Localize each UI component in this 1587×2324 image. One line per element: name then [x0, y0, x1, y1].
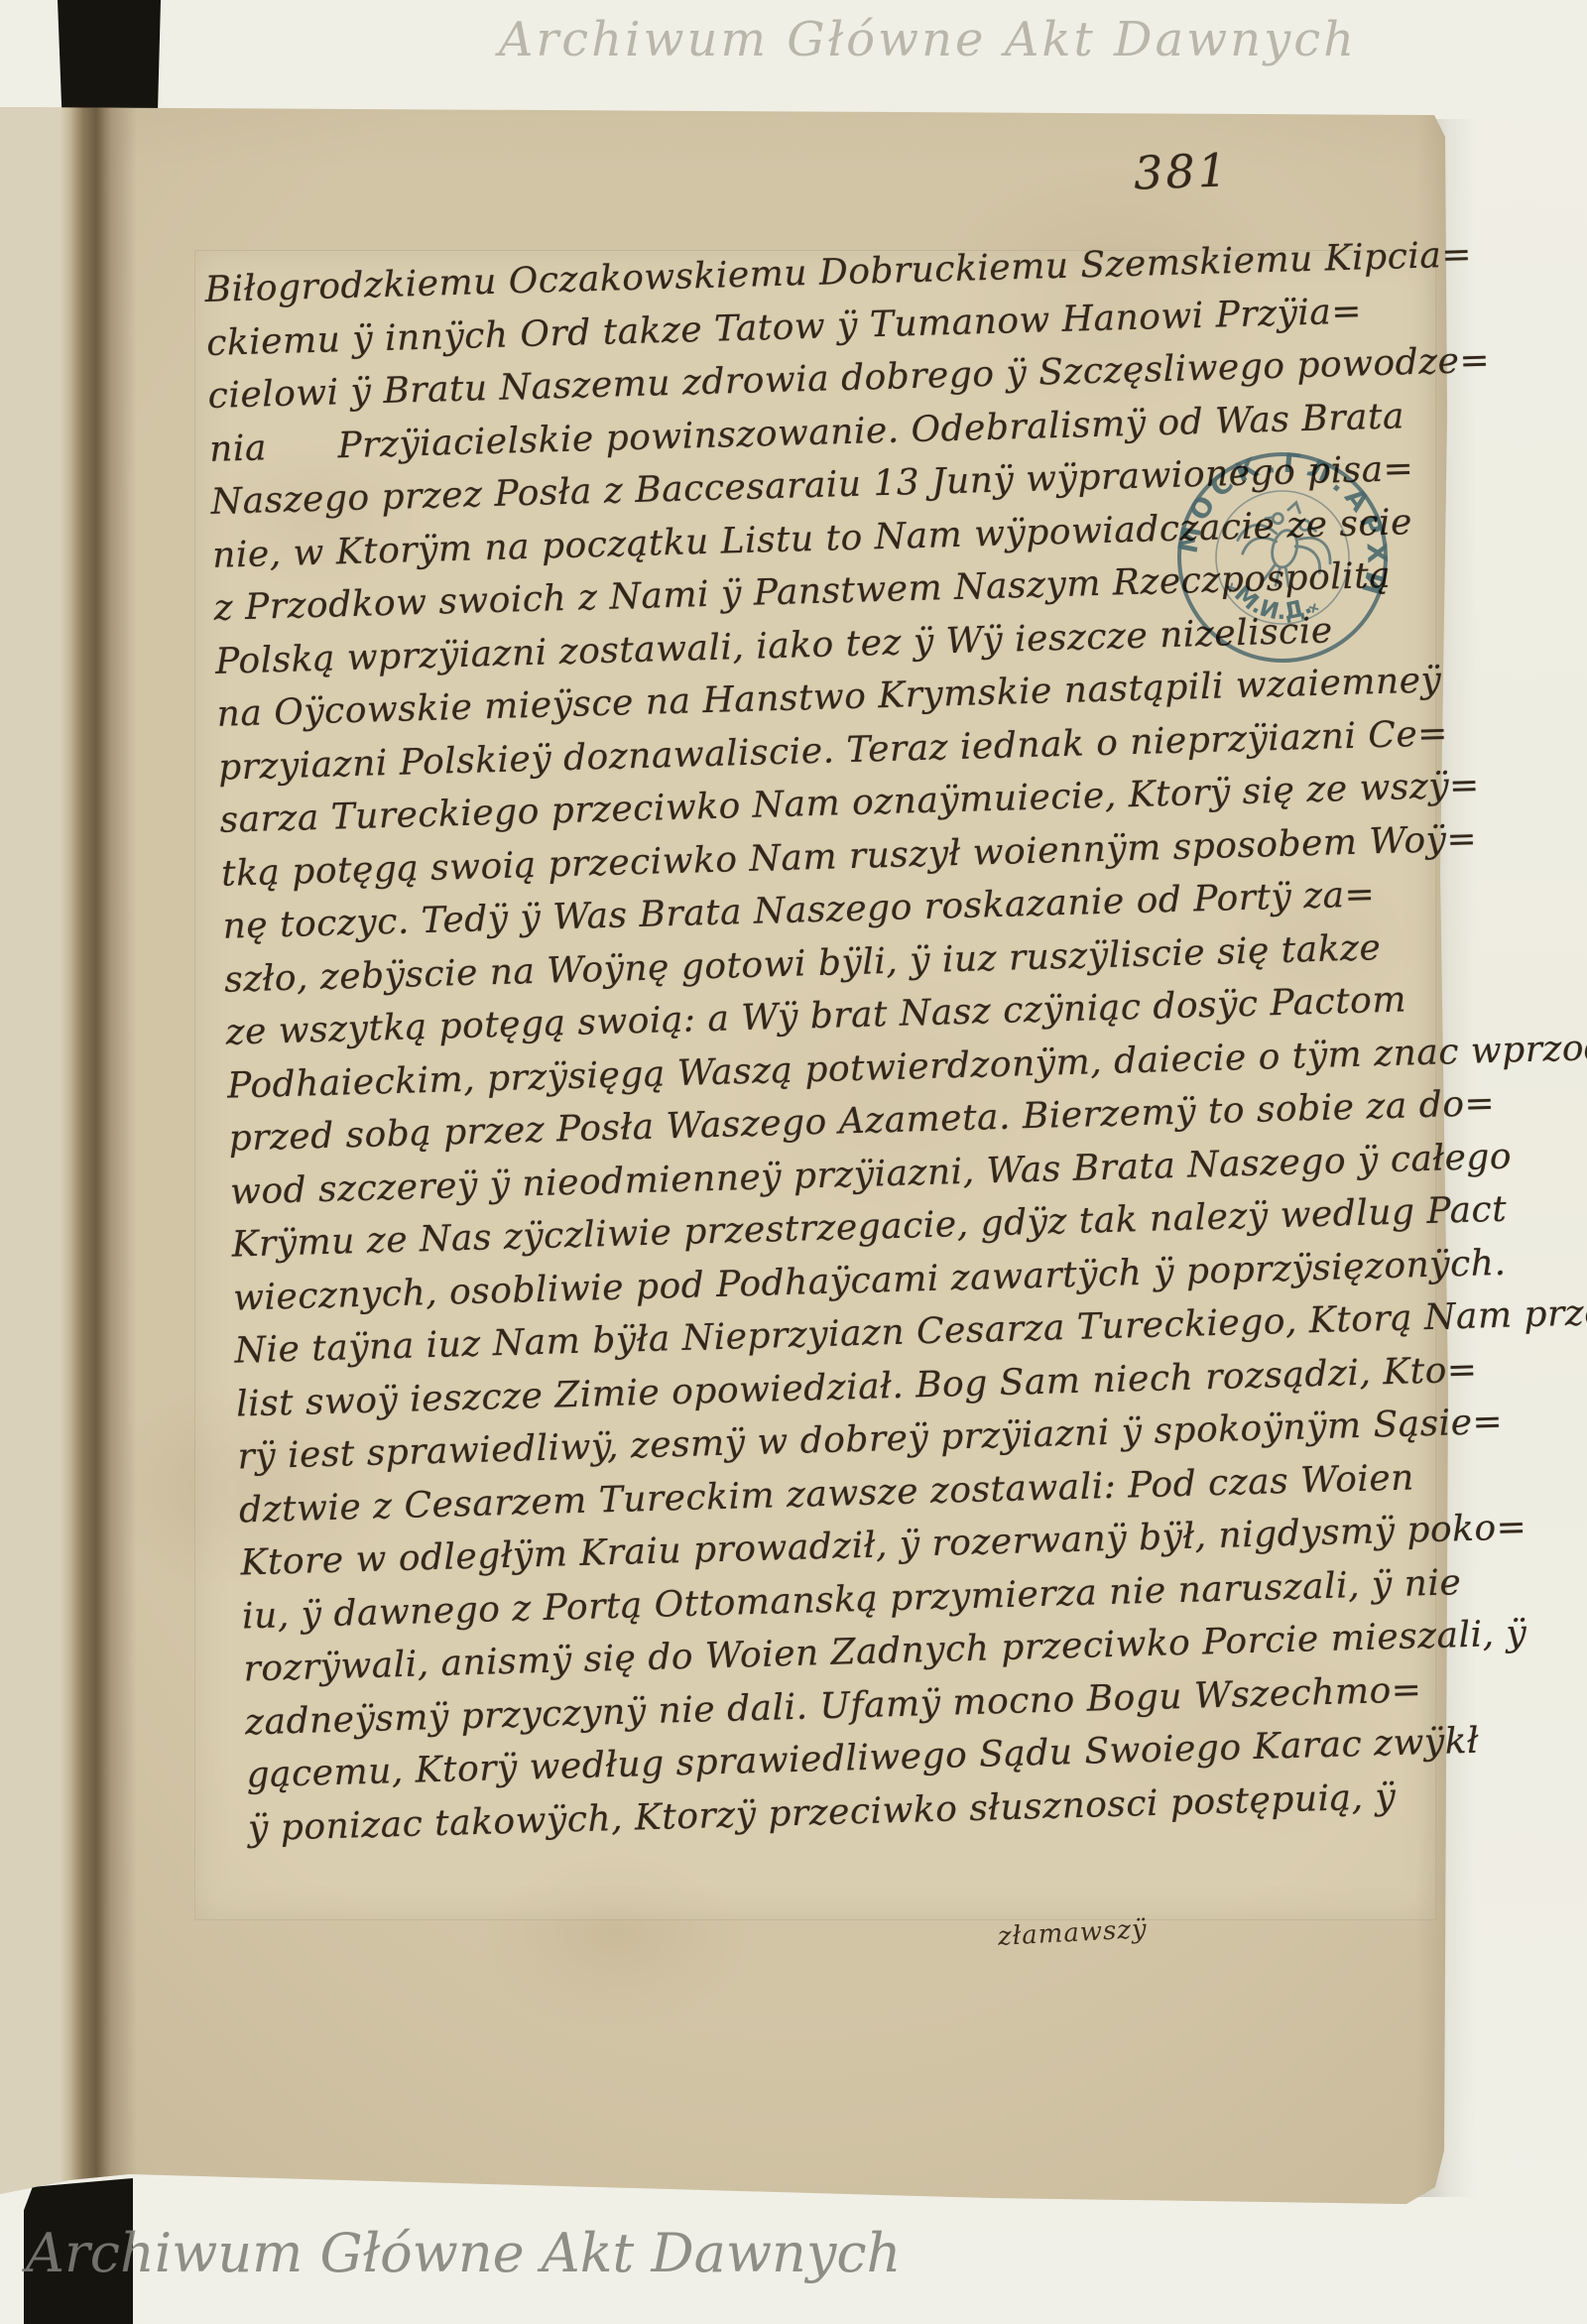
bookmark-ribbon-top [58, 0, 161, 115]
watermark-top: Archiwum Główne Akt Dawnych [0, 12, 1357, 67]
page-number: 381 [1133, 143, 1231, 199]
watermark-bottom: Archiwum Główne Akt Dawnych [26, 2222, 901, 2284]
stamp-ornament-left [1226, 583, 1236, 593]
scan-background: { "watermarks": { "top": "Archiwum Główn… [0, 0, 1587, 2324]
bookmark-ribbon-bottom [24, 2178, 133, 2324]
stamp-text-bottom: М.И.Д. [1226, 575, 1321, 634]
